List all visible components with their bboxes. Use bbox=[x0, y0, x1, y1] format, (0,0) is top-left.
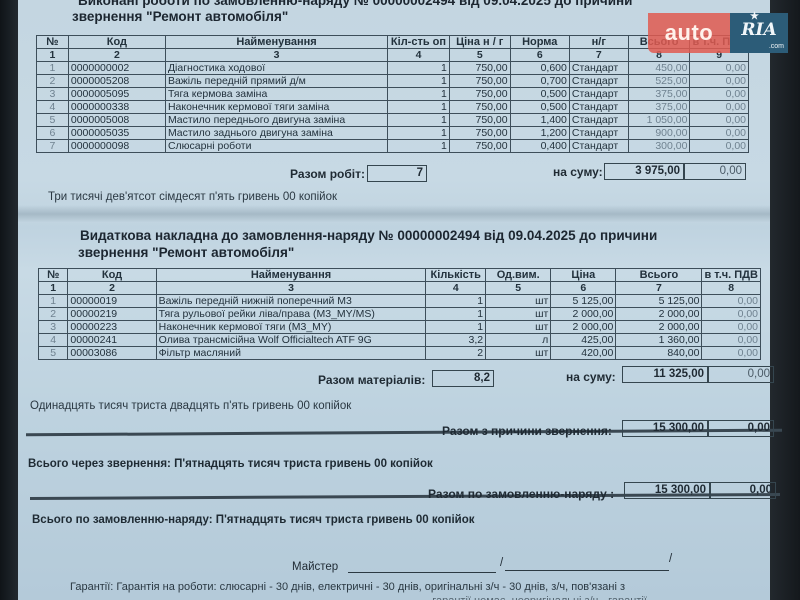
works-cell-code: 0000000098 bbox=[68, 140, 165, 153]
watermark-ria-text: RIA bbox=[741, 20, 776, 40]
mat-header-cell: Найменування bbox=[156, 269, 426, 282]
mat-cell-qty: 1 bbox=[426, 308, 486, 321]
mat-header-cell: № bbox=[39, 269, 68, 282]
works-cell-unit: Стандарт bbox=[569, 75, 628, 88]
order-amount-in-words: Всього по замовленню-наряду: П'ятнадцять… bbox=[32, 514, 475, 526]
works-cell-price: 750,00 bbox=[449, 75, 510, 88]
works-cell-n: 5 bbox=[37, 114, 69, 127]
works-header-cell: Ціна н / г bbox=[449, 36, 510, 49]
materials-title-line2: звернення "Ремонт автомобіля" bbox=[78, 244, 294, 261]
table-row: 300000223Наконечник кермової тяги (M3_MY… bbox=[39, 321, 761, 334]
works-cell-qty: 1 bbox=[388, 140, 450, 153]
mat-cell-price: 2 000,00 bbox=[551, 321, 616, 334]
works-header-row: №КодНайменуванняКіл-сть опЦіна н / гНорм… bbox=[37, 36, 749, 49]
watermark-auto: auto bbox=[648, 13, 730, 53]
works-sum-qty: 7 bbox=[367, 165, 427, 182]
works-cell-vat: 0,00 bbox=[690, 75, 749, 88]
signature-end: / bbox=[669, 553, 672, 565]
works-cell-code: 0000005035 bbox=[68, 127, 165, 140]
works-cell-price: 750,00 bbox=[449, 140, 510, 153]
works-cell-total: 300,00 bbox=[628, 140, 690, 153]
works-cell-total: 1 050,00 bbox=[628, 114, 690, 127]
works-cell-n: 6 bbox=[37, 127, 69, 140]
works-cell-qty: 1 bbox=[388, 88, 450, 101]
materials-sum-total: 11 325,00 bbox=[622, 366, 708, 383]
mat-colnum-cell: 6 bbox=[551, 282, 616, 295]
works-cell-norm: 0,500 bbox=[510, 88, 569, 101]
works-cell-name: Мастило переднього двигуна заміна bbox=[165, 114, 387, 127]
master-signature-label: Майстер bbox=[292, 561, 338, 573]
works-cell-unit: Стандарт bbox=[569, 62, 628, 75]
mat-colnum-cell: 2 bbox=[68, 282, 156, 295]
table-row: 20000005208Важіль передній прямий д/м175… bbox=[37, 75, 749, 88]
works-cell-vat: 0,00 bbox=[690, 101, 749, 114]
mat-cell-price: 5 125,00 bbox=[551, 295, 616, 308]
table-row: 200000219Тяга рульової рейки ліва/права … bbox=[39, 308, 761, 321]
works-cell-total: 525,00 bbox=[628, 75, 690, 88]
works-sum-amount-label: на суму: bbox=[553, 165, 603, 179]
works-cell-unit: Стандарт bbox=[569, 140, 628, 153]
table-row: 10000000002Діагностика ходової1750,000,6… bbox=[37, 62, 749, 75]
mat-cell-qty: 2 bbox=[426, 347, 486, 360]
mat-cell-code: 00000219 bbox=[68, 308, 156, 321]
materials-colnum-row: 12345678 bbox=[39, 282, 761, 295]
works-cell-total: 375,00 bbox=[628, 88, 690, 101]
works-cell-total: 375,00 bbox=[628, 101, 690, 114]
works-cell-price: 750,00 bbox=[449, 62, 510, 75]
table-row: 40000000338Наконечник кермової тяги замі… bbox=[37, 101, 749, 114]
table-row: 500003086Фільтр масляний2шт420,00840,000… bbox=[39, 347, 761, 360]
mat-cell-n: 5 bbox=[39, 347, 68, 360]
mat-cell-price: 420,00 bbox=[551, 347, 616, 360]
mat-cell-vat: 0,00 bbox=[702, 347, 761, 360]
works-cell-norm: 1,400 bbox=[510, 114, 569, 127]
materials-header-row: №КодНайменуванняКількістьОд.вим.ЦінаВсьо… bbox=[39, 269, 761, 282]
works-colnum-cell: 5 bbox=[449, 49, 510, 62]
materials-sum-amount-label: на суму: bbox=[566, 370, 616, 384]
works-sum-label: Разом робіт: bbox=[290, 167, 365, 181]
mat-cell-name: Тяга рульової рейки ліва/права (M3_MY/MS… bbox=[156, 308, 426, 321]
mat-cell-n: 1 bbox=[39, 295, 68, 308]
materials-sum-label: Разом матеріалів: bbox=[318, 373, 425, 387]
mat-header-cell: Од.вим. bbox=[486, 269, 551, 282]
signature-separator: / bbox=[500, 557, 503, 569]
works-cell-n: 1 bbox=[37, 62, 69, 75]
works-cell-n: 3 bbox=[37, 88, 69, 101]
works-colnum-cell: 2 bbox=[68, 49, 165, 62]
works-header-cell: Кіл-сть оп bbox=[388, 36, 450, 49]
works-header-cell: Код bbox=[68, 36, 165, 49]
works-cell-n: 2 bbox=[37, 75, 69, 88]
table-row: 70000000098Слюсарні роботи1750,000,400Ст… bbox=[37, 140, 749, 153]
mat-cell-qty: 1 bbox=[426, 321, 486, 334]
reason-amount-in-words: Всього через звернення: П'ятнадцять тися… bbox=[28, 458, 433, 470]
reason-total: 15 300,00 bbox=[622, 420, 708, 437]
mat-cell-unit: шт bbox=[486, 295, 551, 308]
guarantee-line2: ... гарантії немає, неоригінальні з/ч - … bbox=[420, 595, 647, 600]
mat-cell-code: 00000241 bbox=[68, 334, 156, 347]
mat-cell-unit: шт bbox=[486, 308, 551, 321]
materials-sum-vat: 0,00 bbox=[708, 366, 774, 383]
works-colnum-row: 123456789 bbox=[37, 49, 749, 62]
mat-cell-name: Олива трансмісійна Wolf Officialtech ATF… bbox=[156, 334, 426, 347]
mat-colnum-cell: 4 bbox=[426, 282, 486, 295]
works-cell-total: 450,00 bbox=[628, 62, 690, 75]
star-icon: ★ bbox=[750, 12, 759, 22]
signature-line-1 bbox=[348, 572, 496, 573]
works-cell-price: 750,00 bbox=[449, 127, 510, 140]
works-colnum-cell: 1 bbox=[37, 49, 69, 62]
mat-cell-vat: 0,00 bbox=[702, 295, 761, 308]
works-amount-in-words: Три тисячі дев'ятсот сімдесят п'ять грив… bbox=[48, 191, 337, 203]
works-cell-unit: Стандарт bbox=[569, 114, 628, 127]
mat-header-cell: Всього bbox=[616, 269, 702, 282]
works-cell-code: 0000005095 bbox=[68, 88, 165, 101]
works-cell-qty: 1 bbox=[388, 75, 450, 88]
works-cell-code: 0000005208 bbox=[68, 75, 165, 88]
mat-cell-qty: 1 bbox=[426, 295, 486, 308]
works-cell-norm: 0,400 bbox=[510, 140, 569, 153]
works-cell-qty: 1 bbox=[388, 101, 450, 114]
works-cell-norm: 0,700 bbox=[510, 75, 569, 88]
works-table: №КодНайменуванняКіл-сть опЦіна н / гНорм… bbox=[36, 35, 749, 153]
works-cell-name: Діагностика ходової bbox=[165, 62, 387, 75]
works-cell-unit: Стандарт bbox=[569, 127, 628, 140]
works-header-cell: № bbox=[37, 36, 69, 49]
mat-cell-name: Фільтр масляний bbox=[156, 347, 426, 360]
works-colnum-cell: 4 bbox=[388, 49, 450, 62]
mat-cell-unit: л bbox=[486, 334, 551, 347]
mat-header-cell: Ціна bbox=[551, 269, 616, 282]
mat-header-cell: Код bbox=[68, 269, 156, 282]
table-row: 60000005035Мастило заднього двигуна замі… bbox=[37, 127, 749, 140]
works-cell-name: Слюсарні роботи bbox=[165, 140, 387, 153]
works-cell-price: 750,00 bbox=[449, 88, 510, 101]
works-cell-unit: Стандарт bbox=[569, 88, 628, 101]
works-cell-price: 750,00 bbox=[449, 101, 510, 114]
works-colnum-cell: 3 bbox=[165, 49, 387, 62]
works-cell-total: 900,00 bbox=[628, 127, 690, 140]
watermark-ria: ★ RIA .com bbox=[730, 13, 788, 53]
reason-vat: 0,00 bbox=[708, 420, 774, 437]
works-cell-n: 7 bbox=[37, 140, 69, 153]
materials-amount-in-words: Одинадцять тисяч триста двадцять п'ять г… bbox=[30, 400, 351, 412]
works-sum-vat: 0,00 bbox=[684, 163, 746, 180]
works-cell-code: 0000000002 bbox=[68, 62, 165, 75]
works-header-cell: Найменування bbox=[165, 36, 387, 49]
mat-cell-qty: 3,2 bbox=[426, 334, 486, 347]
signature-line-2 bbox=[505, 570, 669, 571]
mat-cell-n: 4 bbox=[39, 334, 68, 347]
mat-header-cell: Кількість bbox=[426, 269, 486, 282]
mat-cell-vat: 0,00 bbox=[702, 308, 761, 321]
materials-sum-qty: 8,2 bbox=[432, 370, 494, 387]
mat-cell-n: 2 bbox=[39, 308, 68, 321]
works-cell-name: Тяга кермова заміна bbox=[165, 88, 387, 101]
paper-fold bbox=[18, 205, 770, 223]
works-header-cell: н/г bbox=[569, 36, 628, 49]
works-cell-n: 4 bbox=[37, 101, 69, 114]
works-cell-vat: 0,00 bbox=[690, 114, 749, 127]
mat-cell-total: 2 000,00 bbox=[616, 321, 702, 334]
works-sum-total: 3 975,00 bbox=[604, 163, 684, 180]
works-cell-norm: 0,600 bbox=[510, 62, 569, 75]
mat-cell-code: 00000019 bbox=[68, 295, 156, 308]
table-row: 400000241Олива трансмісійна Wolf Officia… bbox=[39, 334, 761, 347]
mat-cell-total: 840,00 bbox=[616, 347, 702, 360]
mat-cell-vat: 0,00 bbox=[702, 321, 761, 334]
mat-cell-price: 2 000,00 bbox=[551, 308, 616, 321]
mat-cell-total: 5 125,00 bbox=[616, 295, 702, 308]
works-cell-price: 750,00 bbox=[449, 114, 510, 127]
works-cell-name: Наконечник кермової тяги заміна bbox=[165, 101, 387, 114]
order-vat: 0,00 bbox=[710, 482, 776, 499]
works-header-cell: Норма bbox=[510, 36, 569, 49]
works-cell-vat: 0,00 bbox=[690, 140, 749, 153]
reason-total-label: Разом з причини звернення: bbox=[442, 424, 612, 438]
order-total: 15 300,00 bbox=[624, 482, 710, 499]
works-colnum-cell: 7 bbox=[569, 49, 628, 62]
mat-cell-vat: 0,00 bbox=[702, 334, 761, 347]
mat-cell-unit: шт bbox=[486, 321, 551, 334]
works-cell-qty: 1 bbox=[388, 114, 450, 127]
mat-cell-price: 425,00 bbox=[551, 334, 616, 347]
works-title-line2: звернення "Ремонт автомобіля" bbox=[72, 8, 288, 25]
mat-header-cell: в т.ч. ПДВ bbox=[702, 269, 761, 282]
works-cell-code: 0000005008 bbox=[68, 114, 165, 127]
mat-cell-code: 00000223 bbox=[68, 321, 156, 334]
works-cell-name: Важіль передній прямий д/м bbox=[165, 75, 387, 88]
works-cell-qty: 1 bbox=[388, 62, 450, 75]
mat-cell-total: 2 000,00 bbox=[616, 308, 702, 321]
autoria-watermark: auto ★ RIA .com bbox=[648, 13, 788, 53]
mat-cell-name: Важіль передній нижній поперечний M3 bbox=[156, 295, 426, 308]
mat-colnum-cell: 5 bbox=[486, 282, 551, 295]
mat-cell-code: 00003086 bbox=[68, 347, 156, 360]
mat-colnum-cell: 1 bbox=[39, 282, 68, 295]
works-cell-vat: 0,00 bbox=[690, 88, 749, 101]
works-cell-qty: 1 bbox=[388, 127, 450, 140]
mat-colnum-cell: 8 bbox=[702, 282, 761, 295]
table-row: 30000005095Тяга кермова заміна1750,000,5… bbox=[37, 88, 749, 101]
mat-cell-total: 1 360,00 bbox=[616, 334, 702, 347]
mat-colnum-cell: 3 bbox=[156, 282, 426, 295]
mat-cell-unit: шт bbox=[486, 347, 551, 360]
works-cell-unit: Стандарт bbox=[569, 101, 628, 114]
works-cell-vat: 0,00 bbox=[690, 127, 749, 140]
guarantee-line1: Гарантії: Гарантія на роботи: слюсарні -… bbox=[70, 581, 625, 593]
mat-cell-n: 3 bbox=[39, 321, 68, 334]
materials-title-line1: Видаткова накладна до замовлення-наряду … bbox=[80, 227, 657, 244]
order-total-label: Разом по замовленню-наряду : bbox=[428, 487, 614, 501]
mat-colnum-cell: 7 bbox=[616, 282, 702, 295]
table-row: 100000019Важіль передній нижній поперечн… bbox=[39, 295, 761, 308]
works-cell-code: 0000000338 bbox=[68, 101, 165, 114]
mat-cell-name: Наконечник кермової тяги (M3_MY) bbox=[156, 321, 426, 334]
works-cell-name: Мастило заднього двигуна заміна bbox=[165, 127, 387, 140]
works-cell-norm: 1,200 bbox=[510, 127, 569, 140]
materials-table: №КодНайменуванняКількістьОд.вим.ЦінаВсьо… bbox=[38, 268, 761, 360]
watermark-com: .com bbox=[769, 43, 784, 51]
table-row: 50000005008Мастило переднього двигуна за… bbox=[37, 114, 749, 127]
works-cell-vat: 0,00 bbox=[690, 62, 749, 75]
works-cell-norm: 0,500 bbox=[510, 101, 569, 114]
works-colnum-cell: 6 bbox=[510, 49, 569, 62]
